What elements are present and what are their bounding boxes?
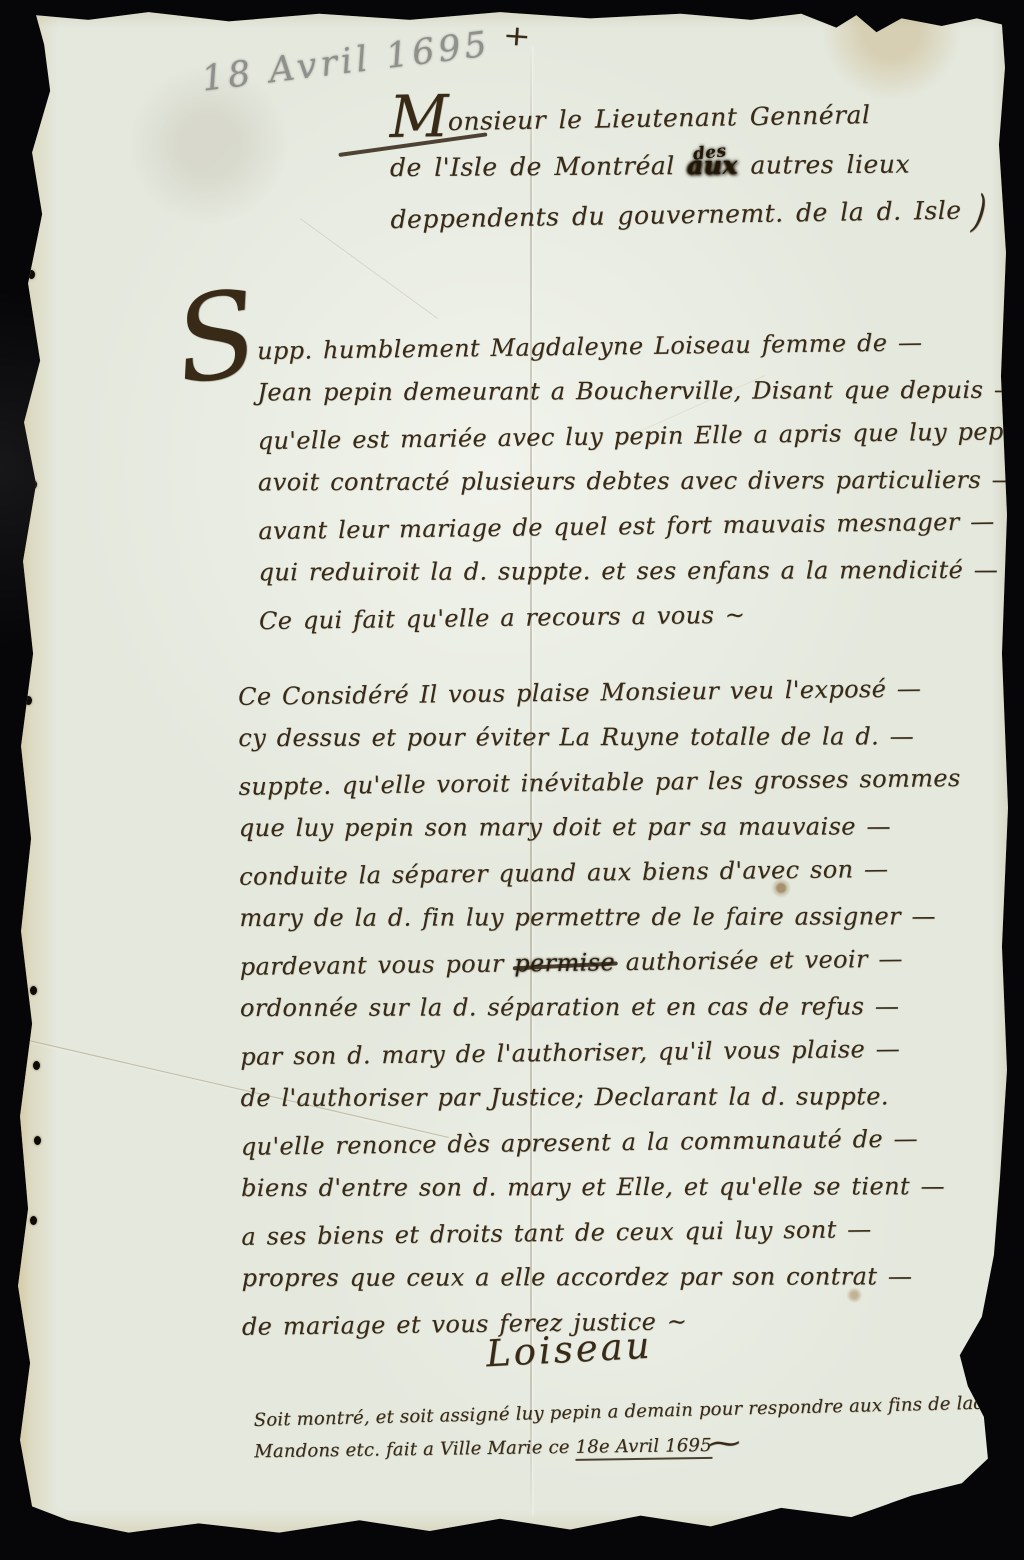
address-line-2: de l'Isle de Montréal auxdes autres lieu… bbox=[390, 140, 1000, 192]
manuscript-paper: 18 Avril 1695 + Monsieur le Lieutenant G… bbox=[8, 6, 1012, 1548]
stitch-hole bbox=[34, 1136, 41, 1145]
plea-line: a ses biens et droits tant de ceux qui l… bbox=[241, 1205, 1024, 1260]
plea-line-with-strikethrough: pardevant vous pour permise authorisée e… bbox=[239, 935, 1024, 990]
scanned-manuscript-page: { "colors": { "background": "#060608", "… bbox=[0, 0, 1024, 1560]
plea-line: ordonnée sur la d. séparation et en cas … bbox=[240, 984, 1024, 1031]
pencil-archival-date: 18 Avril 1695 bbox=[200, 24, 493, 99]
stitch-hole bbox=[25, 130, 32, 139]
stitch-hole bbox=[30, 1216, 37, 1225]
stitch-hole bbox=[30, 986, 37, 995]
plea-line: propres que ceux a elle accordez par son… bbox=[242, 1254, 1024, 1301]
plea-line: mary de la d. fin luy permettre de le fa… bbox=[239, 894, 1024, 941]
stitch-hole bbox=[33, 1061, 40, 1070]
plea-line: par son d. mary de l'authoriser, qu'il v… bbox=[240, 1025, 1024, 1080]
initial-s-swash: S bbox=[168, 273, 264, 401]
initial-m-paraph: M bbox=[389, 116, 445, 117]
strikethrough-word: permise bbox=[514, 948, 615, 977]
ink-blot-correction: auxdes bbox=[687, 151, 738, 180]
petition-line: avant leur mariage de quel est fort mauv… bbox=[258, 499, 1024, 554]
stitch-hole bbox=[27, 200, 34, 209]
stitch-hole bbox=[30, 480, 37, 489]
underlined-date: 18e Avril 1695 bbox=[575, 1435, 711, 1461]
plea-paragraph: Ce Considéré Il vous plaise Monsieur veu… bbox=[238, 668, 1024, 1348]
stitch-hole bbox=[25, 696, 32, 705]
end-paraph-flourish: ~ bbox=[704, 1427, 743, 1459]
plea-line: suppte. qu'elle voroit inévitable par le… bbox=[238, 755, 1024, 810]
plea-line: que luy pepin son mary doit et par sa ma… bbox=[239, 804, 1024, 851]
petition-line: Jean pepin demeurant a Boucherville, Dis… bbox=[257, 368, 1024, 416]
interline-insertion: des bbox=[691, 127, 730, 178]
apostille-block: Soit montré, et soit assigné luy pepin a… bbox=[253, 1389, 1014, 1468]
stitch-hole bbox=[28, 270, 35, 279]
plea-line: de l'authoriser par Justice; Declarant l… bbox=[240, 1074, 1024, 1121]
stitch-hole bbox=[32, 60, 39, 69]
cross-mark: + bbox=[502, 18, 532, 53]
petition-paragraph: upp. humblement Magdaleyne Loiseau femme… bbox=[257, 321, 1024, 641]
plea-line: biens d'entre son d. mary et Elle, et qu… bbox=[241, 1164, 1024, 1211]
plea-line: Ce Considéré Il vous plaise Monsieur veu… bbox=[238, 665, 1024, 720]
petition-line: avoit contracté plusieurs debtes avec di… bbox=[258, 458, 1024, 506]
plea-line: cy dessus et pour éviter La Ruyne totall… bbox=[238, 714, 1024, 761]
address-block: Monsieur le Lieutenant Gennéral de l'Isl… bbox=[389, 91, 1000, 242]
petition-line: Ce qui fait qu'elle a recours a vous ~ bbox=[259, 589, 1024, 644]
plea-line: conduite la séparer quand aux biens d'av… bbox=[239, 845, 1024, 900]
signature: Loiseau bbox=[485, 1324, 653, 1376]
petition-line: qu'elle est mariée avec luy pepin Elle a… bbox=[257, 409, 1024, 464]
plea-line: qu'elle renonce dès apresent a la commun… bbox=[241, 1115, 1024, 1170]
petition-line: upp. humblement Magdaleyne Loiseau femme… bbox=[257, 319, 1024, 374]
address-line-3: deppendents du gouvernemt. de la d. Isle… bbox=[390, 185, 1001, 244]
petition-line: qui reduiroit la d. suppte. et ses enfan… bbox=[259, 548, 1024, 596]
